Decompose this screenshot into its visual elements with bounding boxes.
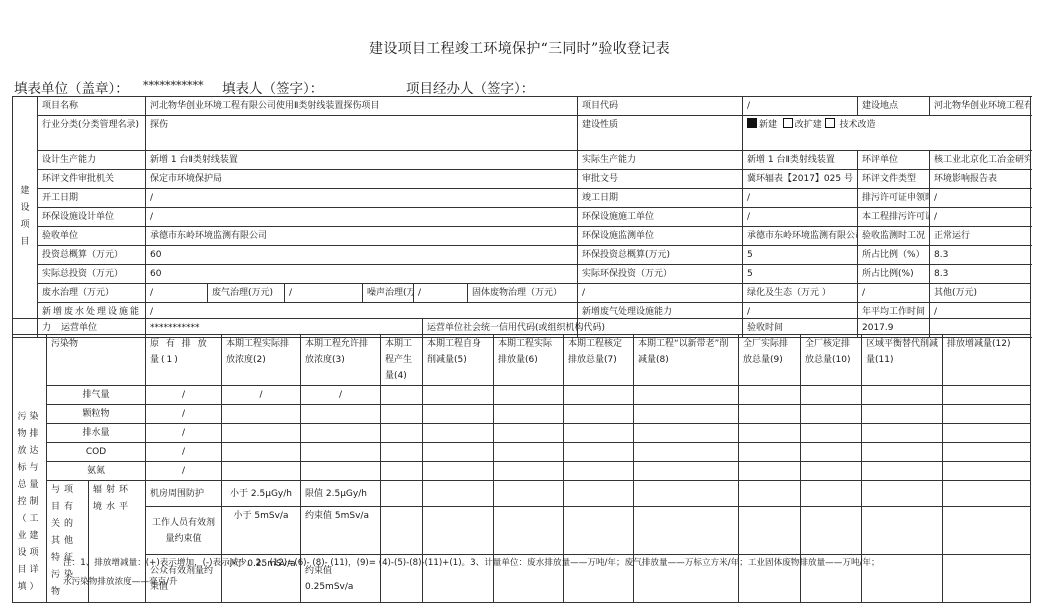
value-actual-ratio: 8.3: [930, 265, 1031, 284]
label-actual-env-investment: 实际环保投资（万元）: [578, 265, 743, 284]
value-actual-capacity: 新增 1 台Ⅱ类射线装置: [743, 151, 858, 170]
label-actual-ratio: 所占比例(%): [858, 265, 930, 284]
value-approval-authority: 保定市环境保护局: [146, 170, 578, 189]
option-new-build: 新建: [759, 120, 777, 130]
label-total-budget: 投资总概算（万元）: [38, 246, 146, 265]
label-budget-ratio: 所占比例（%）: [858, 246, 930, 265]
value-permit-number: /: [930, 208, 1031, 227]
pollutant-cell: /: [146, 462, 222, 481]
manager-label: 项目经办人（签字）：: [406, 77, 534, 97]
label-start-date: 开工日期: [38, 189, 146, 208]
header-old-reduction: 本期工程“以新带老”削减量(8): [634, 335, 739, 386]
label-completion-date: 竣工日期: [578, 189, 743, 208]
value-acceptance-unit: 承德市东岭环境监测有限公司: [146, 227, 578, 246]
label-waste-gas-treatment: 废气治理(万元): [208, 284, 285, 303]
radiation-limit: 约束值 5mSv/a: [301, 507, 381, 555]
value-start-date: /: [146, 189, 578, 208]
value-completion-date: /: [743, 189, 858, 208]
radiation-limit: 限值 2.5μGy/h: [301, 481, 381, 507]
value-actual-investment: 60: [146, 265, 578, 284]
label-greening: 绿化及生态（万元 ）: [743, 284, 858, 303]
pollutant-name: COD: [47, 443, 146, 462]
form-title: 建设项目工程竣工环境保护“三同时”验收登记表: [0, 38, 1039, 58]
pollutant-cell: /: [146, 386, 222, 405]
value-location: 河北物华创业环境工程有限公司厂内: [930, 97, 1031, 116]
value-permit-date: /: [930, 189, 1031, 208]
header-allowed-concentration: 本期工程允许排放浓度(3): [301, 335, 381, 386]
value-env-budget: 5: [743, 246, 858, 265]
checkbox-new-build[interactable]: [747, 118, 757, 128]
label-other: 其他(万元): [930, 284, 1031, 303]
pollutant-cell: /: [146, 424, 222, 443]
label-industry: 行业分类(分类管理名录): [38, 116, 146, 151]
header-actual-concentration: 本期工程实际排放浓度(2): [222, 335, 301, 386]
value-construction-unit: /: [743, 208, 858, 227]
value-operating-condition: 正常运行: [930, 227, 1031, 246]
value-industry: 探伤: [146, 116, 578, 151]
label-actual-investment: 实际总投资（万元）: [38, 265, 146, 284]
value-design-unit: /: [146, 208, 578, 227]
label-design-unit: 环保设施设计单位: [38, 208, 146, 227]
label-eia-unit: 环评单位: [858, 151, 930, 170]
option-tech-upgrade: 技术改造: [840, 120, 876, 130]
header-self-reduction: 本期工程自身削减量(5): [423, 335, 494, 386]
pollutant-name: 排气量: [47, 386, 146, 405]
radiation-item: 机房周围防护: [146, 481, 222, 507]
header-generation: 本期工程产生量(4): [381, 335, 423, 386]
header-plant-actual-total: 全厂实际排放总量(9): [739, 335, 801, 386]
radiation-actual: 小于 2.5μGy/h: [222, 481, 301, 507]
label-acceptance-unit: 验收单位: [38, 227, 146, 246]
pollutant-name: 排水量: [47, 424, 146, 443]
header-pollutant: 污染物: [47, 335, 146, 386]
construction-nature-options: 新建 改扩建 技术改造: [743, 116, 1031, 151]
note-line-1: 注：1、排放增减量：(+)表示增加，(-)表示减少。2、(12)=(6)- (8…: [63, 556, 880, 568]
label-project-code: 项目代码: [578, 97, 743, 116]
fill-unit-label: 填表单位（盖章）：: [14, 77, 129, 97]
value-actual-env-investment: 5: [743, 265, 858, 284]
value-eia-unit: 核工业北京化工冶金研究所: [930, 151, 1031, 170]
project-side-label: 建设项目: [13, 97, 38, 338]
fill-unit-value: ***********: [143, 79, 204, 92]
label-actual-capacity: 实际生产能力: [578, 151, 743, 170]
checkbox-tech-upgrade[interactable]: [825, 118, 835, 128]
label-approval-number: 审批文号: [578, 170, 743, 189]
radiation-item: 工作人员有效剂量约束值: [146, 507, 222, 555]
pollutant-side-label: 污染物排放达标与总量控制（工业建设项目详填）: [13, 335, 47, 603]
label-eia-type: 环评文件类型: [858, 170, 930, 189]
label-construction-unit: 环保设施施工单位: [578, 208, 743, 227]
label-wastewater-treatment: 废水治理（万元）: [38, 284, 146, 303]
value-approval-number: 冀环辐表【2017】025 号: [743, 170, 858, 189]
label-env-budget: 环保投资总概算(万元): [578, 246, 743, 265]
value-total-budget: 60: [146, 246, 578, 265]
checkbox-expansion[interactable]: [783, 118, 793, 128]
value-eia-type: 环境影响报告表: [930, 170, 1031, 189]
header-approved-total: 本期工程核定排放总量(7): [564, 335, 634, 386]
value-project-code: /: [743, 97, 858, 116]
option-expansion: 改扩建: [795, 120, 822, 130]
label-approval-authority: 环评文件审批机关: [38, 170, 146, 189]
label-monitoring-unit: 环保设施监测单位: [578, 227, 743, 246]
radiation-actual: 小于 5mSv/a: [222, 507, 301, 555]
value-monitoring-unit: 承德市东岭环境监测有限公司: [743, 227, 858, 246]
pollutant-cell: /: [222, 386, 301, 405]
label-permit-number: 本工程排污许可证编号: [858, 208, 930, 227]
header-regional-reduction: 区域平衡替代削减量(11): [862, 335, 943, 386]
header-original-emission: 原 有 排 放 量(1): [146, 335, 222, 386]
value-design-capacity: 新增 1 台Ⅱ类射线装置: [146, 151, 578, 170]
pollutant-cell: /: [301, 386, 381, 405]
label-design-capacity: 设计生产能力: [38, 151, 146, 170]
value-budget-ratio: 8.3: [930, 246, 1031, 265]
value-noise-treatment: /: [414, 284, 468, 303]
header-plant-approved-total: 全厂核定排放总量(10): [801, 335, 862, 386]
header-actual-emission: 本期工程实际排放量(6): [494, 335, 564, 386]
pollutant-name: 氨氮: [47, 462, 146, 481]
label-noise-treatment: 噪声治理(万元): [363, 284, 414, 303]
value-solid-waste-treatment: /: [578, 284, 743, 303]
header-emission-change: 排放增减量(12): [943, 335, 1031, 386]
value-project-name: 河北物华创业环境工程有限公司使用Ⅱ类射线装置探伤项目: [146, 97, 578, 116]
label-solid-waste-treatment: 固体废物治理（万元）: [468, 284, 578, 303]
label-permit-date: 排污许可证申领时间: [858, 189, 930, 208]
label-operating-condition: 验收监测时工况: [858, 227, 930, 246]
label-location: 建设地点: [858, 97, 930, 116]
project-info-table: 建设项目 项目名称 河北物华创业环境工程有限公司使用Ⅱ类射线装置探伤项目 项目代…: [12, 96, 1031, 338]
value-waste-gas-treatment: /: [285, 284, 363, 303]
label-project-name: 项目名称: [38, 97, 146, 116]
label-nature: 建设性质: [578, 116, 743, 151]
value-wastewater-treatment: /: [146, 284, 208, 303]
filler-label: 填表人（签字）：: [222, 77, 323, 97]
pollutant-name: 颗粒物: [47, 405, 146, 424]
pollutant-cell: /: [146, 405, 222, 424]
value-greening: /: [858, 284, 930, 303]
note-line-2: 水污染物排放浓度——毫克/升: [63, 575, 178, 587]
pollutant-cell: /: [146, 443, 222, 462]
